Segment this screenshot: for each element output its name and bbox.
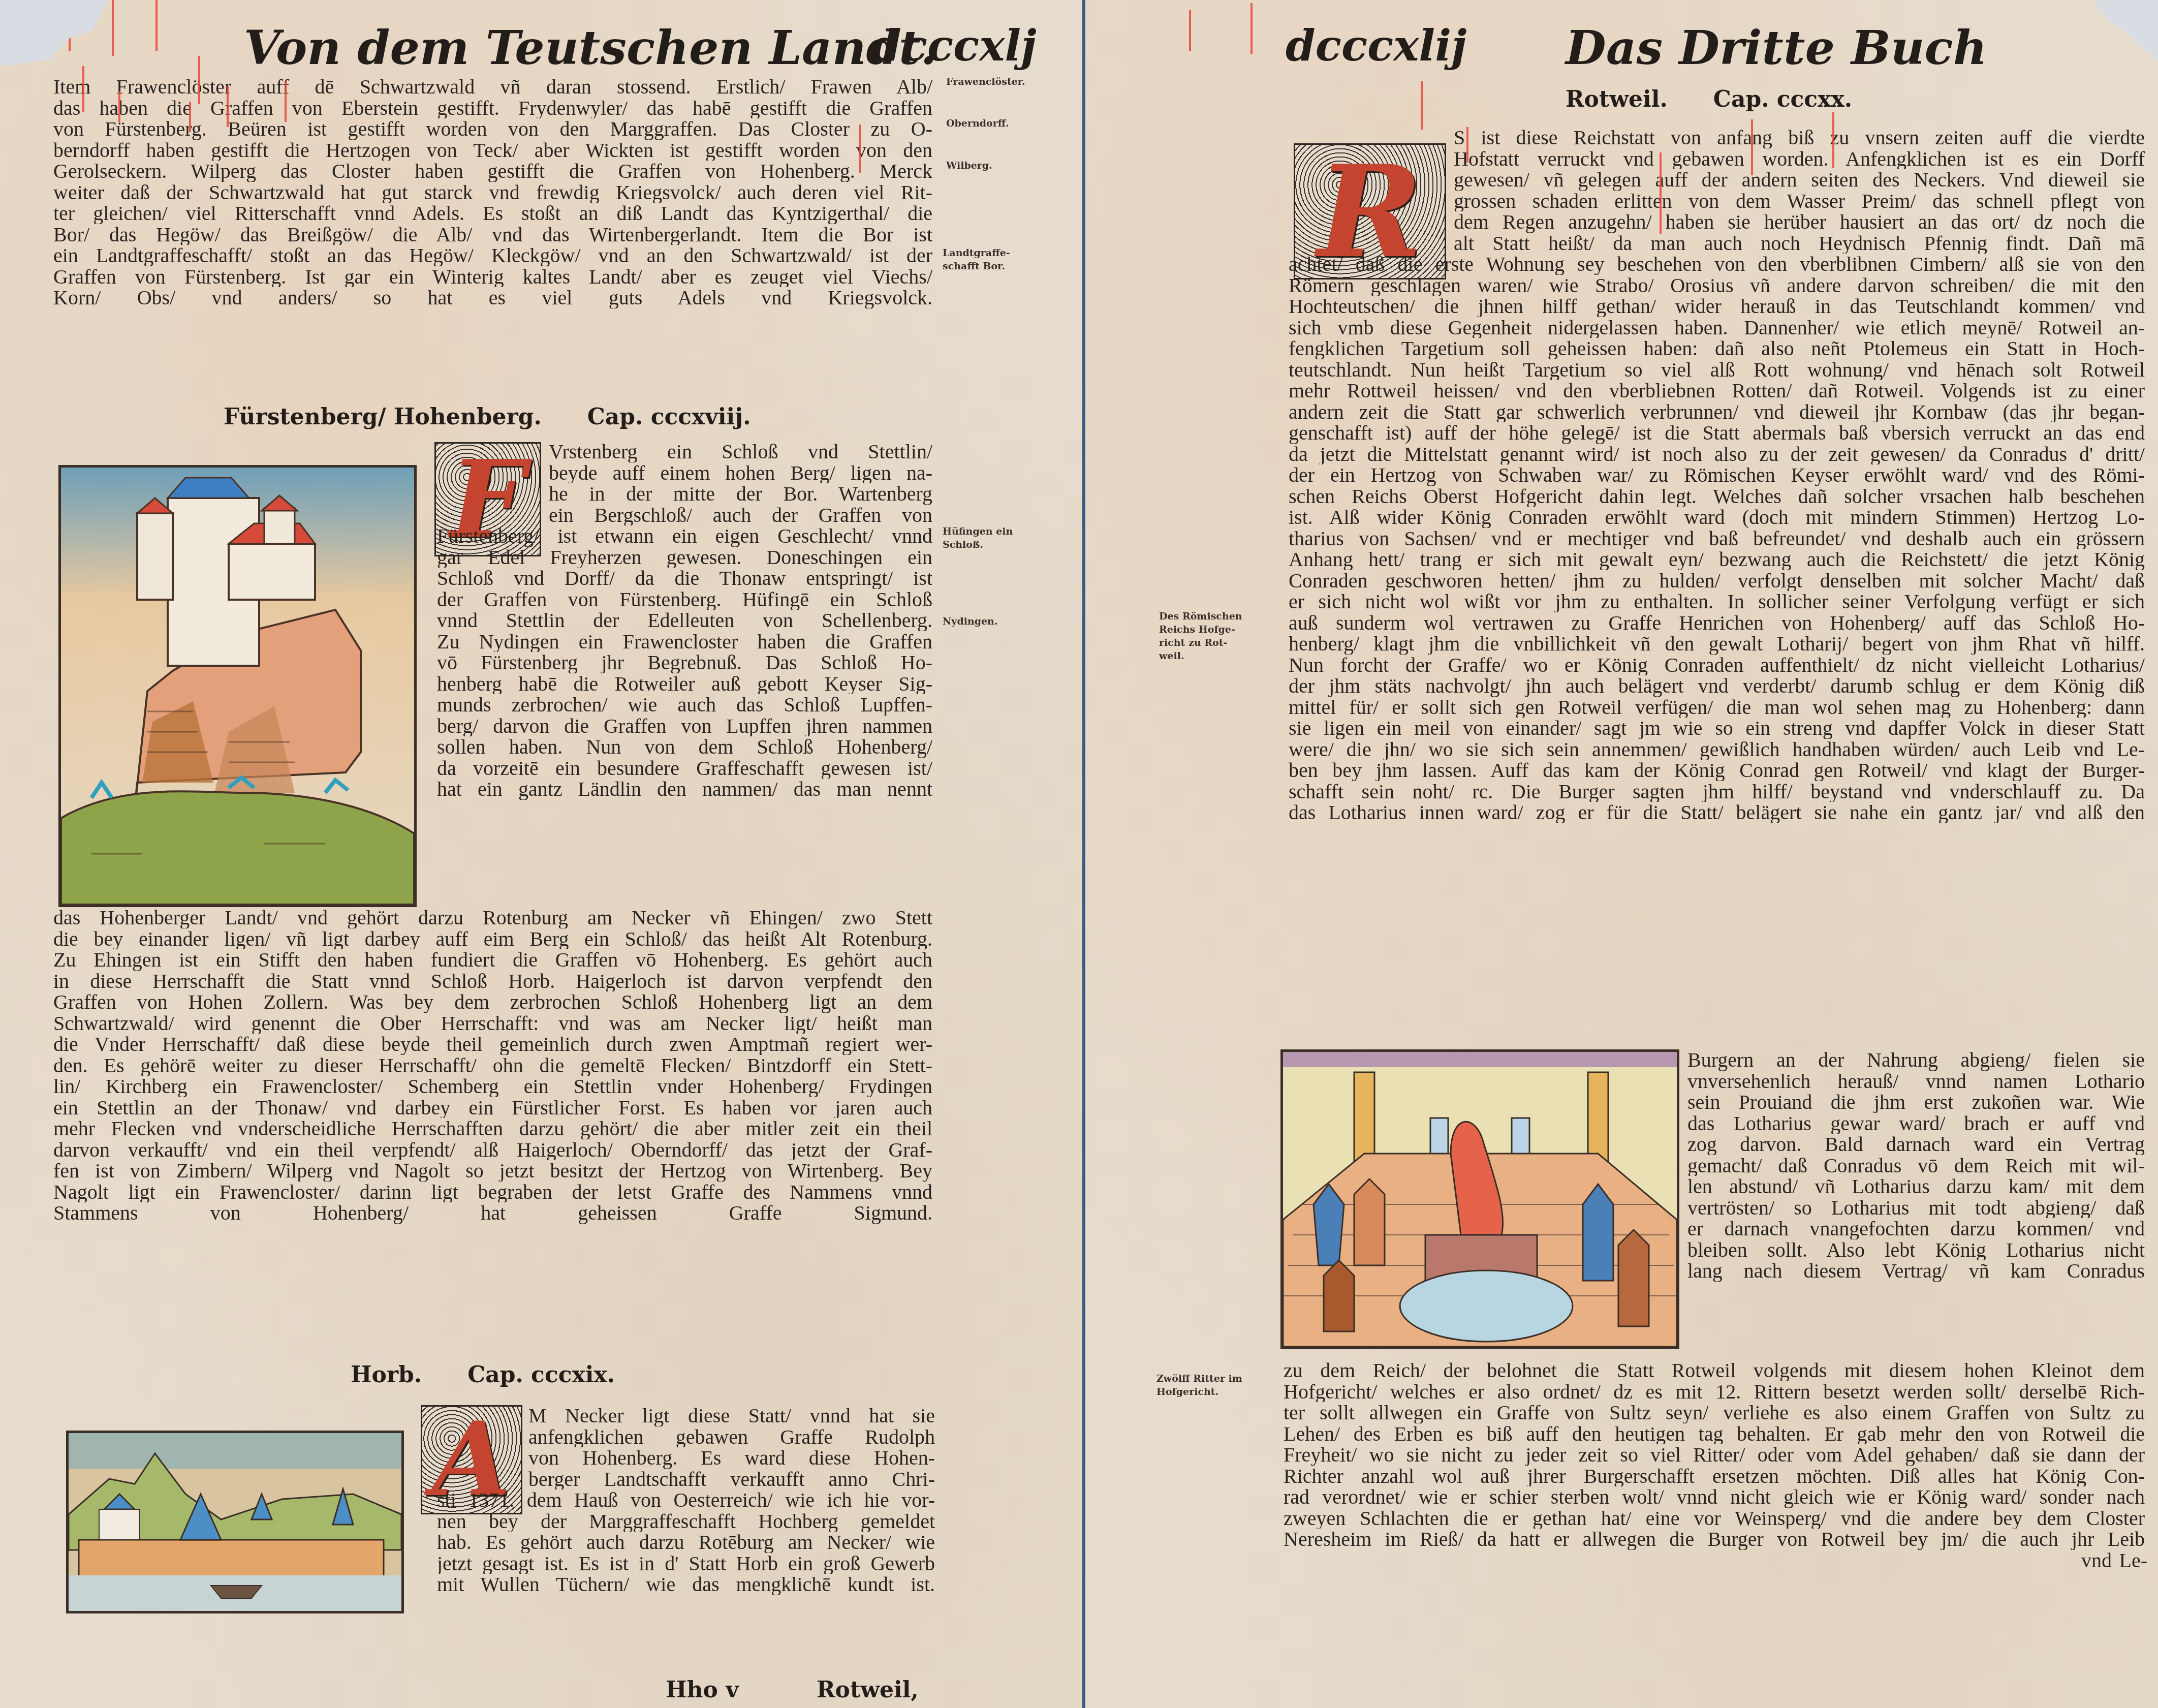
text-line: da jetzt die Mittelstatt genannt wird/ i…	[1289, 444, 2145, 465]
text-line: mehr Flecken vnd vnderscheidliche Herrsc…	[53, 1118, 932, 1139]
chapter-title: Horb.	[351, 1362, 422, 1388]
text-line: grossen schaden erlitten von dem Wasser …	[1454, 191, 2145, 212]
text-line: darvon verkaufft/ vnd ein theil verpfend…	[53, 1139, 932, 1161]
text-line: das Lotharius innen ward/ zog er für die…	[1289, 802, 2145, 823]
text-line: Graffen von Fürstenberg. Ist gar ein Win…	[53, 266, 932, 288]
text-line: Zu Nydingen ein Frawencloster haben die …	[437, 631, 932, 653]
catchword: vnd Le-	[2081, 1550, 2147, 1571]
rubrication-mark	[285, 81, 287, 122]
text-line: ein Landtgraffeschafft/ stoßt an das Heg…	[53, 245, 932, 266]
chapter-title: Rotweil.	[1566, 86, 1668, 112]
text-line: were/ die jhn/ wo sie sich sein annemmen…	[1289, 739, 2145, 760]
chapter-text: das Hohenberger Landt/ vnd gehört darzu …	[53, 907, 932, 1224]
text-line: schafft sein noht/ rc. Die Burger sagten…	[1289, 781, 2145, 802]
text-line: Stammens von Hohenberg/ hat geheissen Gr…	[53, 1202, 932, 1224]
text-line: ter gleichen/ viel Ritterschafft vnnd Ad…	[53, 203, 932, 224]
left-page: Von dem Teutschen Landt. dcccxlj Item Fr…	[0, 0, 1082, 1708]
text-line: henberg habē die Rotweiler auß gebott Ke…	[437, 673, 932, 695]
intro-paragraph: Item Frawenclöster auff dē Schwartzwald …	[53, 76, 932, 308]
text-line: teutschlandt. Nun heißt Targetium so vie…	[1289, 359, 2145, 381]
margin-note: Nydingen.	[943, 615, 998, 628]
text-line: Hofgericht/ welches er also ordnet/ dz e…	[1284, 1381, 2145, 1403]
text-line: lin/ Kirchberg ein Frawencloster/ Schemb…	[53, 1076, 932, 1097]
text-line: weiter daß der Schwartzwald hat gut star…	[53, 182, 932, 203]
text-line: Hochteutschen/ die jhnen hilff gethan/ w…	[1289, 296, 2145, 317]
text-line: das Hohenberger Landt/ vnd gehört darzu …	[53, 907, 932, 928]
text-line: der Graffen von Fürstenberg. Hüfingē ein…	[437, 589, 932, 610]
text-line: hab. Es gehört auch darzu Rotēburg am Ne…	[437, 1532, 935, 1553]
text-line: dem Regen anzugehn/ haben sie herüber ha…	[1454, 211, 2145, 233]
rubrication-mark	[198, 56, 200, 104]
rubrication-mark	[1832, 112, 1834, 168]
text-line: er sich nicht wol wißt vor jhm zu enthal…	[1289, 591, 2145, 612]
text-line: Richter anzahl wol auß jhrer Burgerschaf…	[1284, 1466, 2145, 1487]
chapter-heading: Rotweil.Cap. cccxx.	[1566, 86, 1898, 112]
text-line: das haben die Graffen von Eberstein gest…	[53, 98, 932, 119]
rubrication-mark	[112, 0, 114, 56]
text-line: hat ein gantz Ländlin den nammen/ das ma…	[437, 779, 932, 800]
text-line: M Necker ligt diese Statt/ vnnd hat sie	[528, 1405, 935, 1426]
text-line: lang nach diesem Vertrag/ vñ kam Conradu…	[1687, 1260, 2145, 1282]
chapter-text-beside-woodcut: sti 1371. dem Hauß von Oesterreich/ wie …	[437, 1489, 935, 1595]
text-line: gewesen/ vñ gelegen auff der andern seit…	[1454, 169, 2145, 191]
text-line: Vrstenberg ein Schloß vnd Stettlin/	[549, 441, 932, 462]
chapter-text: achtet/ daß die erste Wohnung sey besche…	[1289, 254, 2145, 823]
catchword-text: vnd Le-	[2081, 1550, 2147, 1571]
margin-note: Zwölff Ritter im Hofgericht.	[1156, 1372, 1242, 1399]
text-line: Freyheit/ wo sie nicht zu jeder zeit so …	[1284, 1444, 2145, 1466]
rubrication-mark	[189, 102, 191, 132]
text-line: he in der mitte der Bor. Wartenberg	[549, 483, 932, 505]
castle-on-rock-woodcut	[58, 465, 417, 907]
chapter-number: Cap. cccxix.	[467, 1362, 615, 1388]
text-line: ben bey jhm lassen. Auff das kam der Kön…	[1289, 760, 2145, 781]
folio-number: dcccxlj	[871, 20, 1037, 71]
chapter-text-beside-initial: S ist diese Reichstatt von anfang biß zu…	[1454, 127, 2145, 254]
text-line: Conraden geschworen hetten/ jhm zu hulde…	[1289, 570, 2145, 592]
rubrication-mark	[82, 66, 84, 112]
text-line: sollen haben. Nun von dem Schloß Hohenbe…	[437, 736, 932, 758]
rubrication-mark	[1466, 127, 1468, 163]
text-line: schen Reichs Oberst Hofgericht dahin leg…	[1289, 486, 2145, 507]
text-line: ter sollt allwegen ein Graffe von Sultz …	[1284, 1402, 2145, 1423]
text-line: vnnd Stettlin der Edelleuten von Schelle…	[437, 610, 932, 631]
rubrication-mark	[1421, 81, 1423, 130]
text-line: andern zeit die Statt gar schwerlich ver…	[1289, 401, 2145, 423]
text-line: genschafft ist) auff der höhe gelegē/ is…	[1289, 422, 2145, 444]
text-line: jetzt gesagt ist. Es ist in d' Statt Hor…	[437, 1553, 935, 1574]
text-line: vnversehenlich herauß/ vnnd namen Lothar…	[1687, 1071, 2145, 1092]
text-line: vertrösten/ so Lotharius mit todt abgien…	[1687, 1197, 2145, 1219]
margin-note: Hüfingen ein Schloß.	[943, 525, 1013, 551]
catchwords: Hho v Rotweil,	[666, 1677, 919, 1703]
rubrication-mark	[69, 0, 71, 51]
chapter-text-beside-woodcut: Burgern an der Nahrung abgieng/ fielen s…	[1687, 1049, 2145, 1282]
text-line: sich vmb diese Gegenheit nidergelassen h…	[1289, 317, 2145, 338]
chapter-number: Cap. cccxviij.	[587, 404, 751, 430]
text-line: Graffen von Hohen Zollern. Was bey dem z…	[53, 991, 932, 1013]
text-line: achtet/ daß die erste Wohnung sey besche…	[1289, 254, 2145, 275]
town-on-river-woodcut	[66, 1431, 404, 1613]
text-line: von Fürstenberg. Beüren ist gestifft wor…	[53, 118, 932, 140]
text-line: Lehen/ des Erben es biß auff den heutige…	[1284, 1423, 2145, 1445]
margin-note: Frawenclöster.	[946, 75, 1025, 88]
text-line: der ein Hertzog von Schwaben war/ zu Röm…	[1289, 464, 2145, 486]
text-line: zog darvon. Bald darnach ward ein Vertra…	[1687, 1134, 2145, 1155]
text-line: von Hohenberg. Es ward diese Hohen-	[528, 1447, 935, 1469]
text-line: auß sunderm wol vertrawen zu Graffe Henr…	[1289, 612, 2145, 634]
folio-number: dcccxlij	[1286, 20, 1466, 71]
text-line: Nun forcht der Graffe/ wo er König Conra…	[1289, 655, 2145, 676]
rubrication-mark	[155, 0, 158, 51]
text-line: mittel für/ er sollt sich gen Rotweil ve…	[1289, 697, 2145, 718]
text-line: berger Landtschafft verkaufft anno Chri-	[528, 1469, 935, 1490]
chapter-text: zu dem Reich/ der belohnet die Statt Rot…	[1284, 1360, 2145, 1550]
text-line: Nagolt ligt ein Frawencloster/ darinn li…	[53, 1182, 932, 1203]
text-line: zu dem Reich/ der belohnet die Statt Rot…	[1284, 1360, 2145, 1381]
text-line: mehr Rottweil heissen/ vnd den vberblieb…	[1289, 380, 2145, 401]
rubrication-mark	[118, 91, 120, 122]
text-line: Anhang hett/ trang er sich mit gewalt ey…	[1289, 549, 2145, 570]
text-line: sti 1371. dem Hauß von Oesterreich/ wie …	[437, 1489, 935, 1511]
text-line: Schloß vnd Dorff/ da die Thonaw entsprin…	[437, 568, 932, 589]
running-head: Das Dritte Buch	[1566, 20, 1987, 75]
text-line: den. Es gehörē weiter zu dieser Herrscha…	[53, 1055, 932, 1076]
text-line: rad verordnet/ wie er schier sterben wol…	[1284, 1486, 2145, 1508]
text-line: die Vnder Herrschafft/ daß diese beyde t…	[53, 1034, 932, 1055]
chapter-heading: Horb.Cap. cccxix.	[351, 1362, 661, 1388]
chapter-title: Fürstenberg/ Hohenberg.	[224, 404, 542, 430]
chapter-heading: Fürstenberg/ Hohenberg.Cap. cccxviij.	[224, 404, 797, 430]
text-line: er darnach vnangefochten darzu kommen/ v…	[1687, 1218, 2145, 1239]
text-line: bleiben sollt. Also lebt König Lotharius…	[1687, 1239, 2145, 1261]
text-line: Römern geschlagen waren/ wie Strabo/ Oro…	[1289, 275, 2145, 296]
text-line: zweyen Schlachten die er gethan hat/ ein…	[1284, 1508, 2145, 1529]
text-line: gar Edel Freyherzen gewesen. Doneschinge…	[437, 547, 932, 568]
text-line: berndorff haben gestifft die Hertzogen v…	[53, 140, 932, 161]
text-line: die bey einander ligen/ vñ ligt darbey a…	[53, 928, 932, 950]
text-line: Hofstatt verruckt vnd gebawen worden. An…	[1454, 148, 2145, 170]
rubrication-mark	[1660, 152, 1662, 234]
margin-note: Des Römischen Reichs Hofge- richt zu Rot…	[1159, 610, 1242, 663]
margin-note: Landtgraffe- schafft Bor.	[943, 246, 1010, 273]
text-line: ein Bergschloß/ auch der Graffen von	[549, 505, 932, 526]
text-line: sie ligen ein meil von einander/ sagt jm…	[1289, 718, 2145, 739]
text-line: Schwartzwald/ wird genennt die Ober Herr…	[53, 1013, 932, 1034]
text-line: Burgern an der Nahrung abgieng/ fielen s…	[1687, 1049, 2145, 1071]
right-page: dcccxlij Das Dritte Buch Rotweil.Cap. cc…	[1085, 0, 2158, 1708]
text-line: henberg/ klagt jhm die vnbillichkeit vñ …	[1289, 633, 2145, 655]
text-line: mit Wullen Tüchern/ wie das mengklichē k…	[437, 1574, 935, 1595]
text-line: der jhm stäts nachvolgt/ jhn auch beläge…	[1289, 675, 2145, 697]
text-line: fengklichen Targetium soll geheissen hab…	[1289, 338, 2145, 359]
text-line: anfengklichen gebawen Graffe Rudolph	[528, 1426, 935, 1448]
margin-note: Wilberg.	[946, 159, 992, 172]
chapter-text-beside-initial: Vrstenberg ein Schloß vnd Stettlin/beyde…	[549, 441, 932, 525]
margin-note: Oberndorff.	[946, 117, 1009, 130]
rubrication-mark	[859, 125, 861, 173]
chapter-text-beside-initial: M Necker ligt diese Statt/ vnnd hat siea…	[528, 1405, 935, 1489]
rubrication-mark	[1250, 3, 1253, 54]
text-line: Fürstenberg/ ist etwann ein eigen Geschl…	[437, 525, 932, 547]
text-line: beyde auff einem hohen Berg/ ligen na-	[549, 462, 932, 484]
text-line: S ist diese Reichstatt von anfang biß zu…	[1454, 127, 2145, 148]
throne-court-woodcut	[1280, 1049, 1679, 1349]
text-line: len abstund/ vñ Lotharius darzu kam/ mit…	[1687, 1176, 2145, 1197]
page-divider	[1082, 0, 1085, 1708]
text-line: das Lotharius gewar ward/ brach er auff …	[1687, 1113, 2145, 1134]
rubrication-mark	[1189, 10, 1191, 51]
chapter-number: Cap. cccxx.	[1713, 86, 1852, 112]
text-line: vō Fürstenberg jhr Begrebnuß. Das Schloß…	[437, 652, 932, 673]
text-line: sein Prouiand die jhm erst zukoñen war. …	[1687, 1092, 2145, 1113]
throne-illustration-icon	[1283, 1052, 1677, 1347]
rubrication-mark	[1751, 119, 1753, 175]
chapter-text-beside-woodcut: Fürstenberg/ ist etwann ein eigen Geschl…	[437, 525, 932, 800]
running-head: Von dem Teutschen Landt.	[244, 20, 936, 75]
text-line: berg/ darvon die Graffen von Lupffen jhr…	[437, 716, 932, 737]
text-line: Korn/ Obs/ vnd anders/ so hat es viel gu…	[53, 287, 932, 308]
text-line: munds zerbrochen/ wie auch das Schloß Lu…	[437, 694, 932, 716]
text-line: Item Frawenclöster auff dē Schwartzwald …	[53, 76, 932, 98]
town-illustration-icon	[69, 1433, 401, 1611]
text-line: alt Statt heißt/ da man auch noch Heydni…	[1454, 233, 2145, 254]
text-line: nen bey der Marggraffeschafft Hochberg g…	[437, 1511, 935, 1532]
text-line: tharius von Sachsen/ vnd er mechtiger vn…	[1289, 528, 2145, 549]
rubrication-mark	[227, 86, 229, 127]
castle-illustration-icon	[61, 468, 414, 905]
text-line: Gerolseckern. Wilperg das Closter haben …	[53, 161, 932, 182]
text-line: ein Stettlin an der Thonaw/ vnd darbey e…	[53, 1097, 932, 1119]
text-line: in diese Herrschafft die Statt vnnd Schl…	[53, 971, 932, 992]
text-line: Bor/ das Hegöw/ das Breißgöw/ die Alb/ v…	[53, 224, 932, 245]
text-line: Zu Ehingen ist ein Stifft den haben fund…	[53, 949, 932, 971]
text-line: da vorzeitē ein besundere Graffeschafft …	[437, 758, 932, 779]
text-line: ist. Alß wider König Conraden erwöhlt wa…	[1289, 507, 2145, 528]
text-line: gemacht/ daß Conradus vō dem Reich mit w…	[1687, 1155, 2145, 1176]
text-line: Neresheim im Rieß/ da hatt er allwegen d…	[1284, 1529, 2145, 1550]
text-line: fen ist von Zimbern/ Wilperg vnd Nagolt …	[53, 1160, 932, 1182]
